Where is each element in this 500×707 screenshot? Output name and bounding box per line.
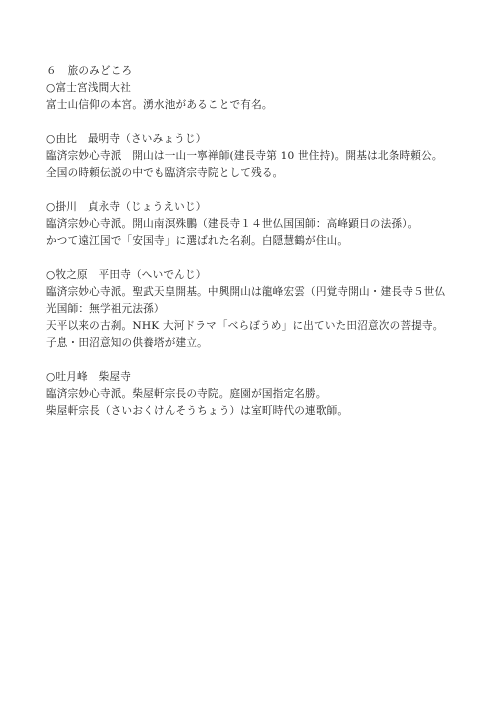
document-page: ６ 旅のみどころ ○富士宮浅間大社 富士山信仰の本宮。湧水池があることで有名。 …: [46, 63, 486, 420]
entry-text: 柴屋軒宗長（さいおくけんそうちょう）は室町時代の連歌師。: [46, 403, 486, 420]
entry-heading: ○牧之原 平田寺（へいでんじ）: [46, 267, 486, 284]
entry-text: 臨済宗妙心寺派。聖武天皇開基。中興開山は龍峰宏雲（円覚寺開山・建長寺５世仏: [46, 284, 486, 301]
entry-text: 光国師：無学祖元法孫）: [46, 301, 486, 318]
entry-fujinomiya-sengen-taisha: ○富士宮浅間大社 富士山信仰の本宮。湧水池があることで有名。: [46, 80, 486, 114]
entry-text: 全国の時頼伝説の中でも臨済宗寺院として残る。: [46, 165, 486, 182]
entry-kakegawa-joeiji: ○掛川 貞永寺（じょうえいじ） 臨済宗妙心寺派。開山南溟殊鵬（建長寺１４世仏国国…: [46, 199, 486, 250]
section-title: ６ 旅のみどころ: [46, 63, 486, 80]
entry-heading: ○吐月峰 柴屋寺: [46, 369, 486, 386]
entry-text: 臨済宗妙心寺派 開山は一山一寧禅師(建長寺第 10 世住持)。開基は北条時頼公。: [46, 148, 486, 165]
entry-text: 臨済宗妙心寺派。柴屋軒宗長の寺院。庭園が国指定名勝。: [46, 386, 486, 403]
entry-text: 富士山信仰の本宮。湧水池があることで有名。: [46, 97, 486, 114]
entry-togeppo-saiokuji: ○吐月峰 柴屋寺 臨済宗妙心寺派。柴屋軒宗長の寺院。庭園が国指定名勝。 柴屋軒宗…: [46, 369, 486, 420]
entry-heading: ○由比 最明寺（さいみょうじ）: [46, 131, 486, 148]
entry-yui-saimyoji: ○由比 最明寺（さいみょうじ） 臨済宗妙心寺派 開山は一山一寧禅師(建長寺第 1…: [46, 131, 486, 182]
entry-text: 子息・田沼意知の供養塔が建立。: [46, 335, 486, 352]
entry-heading: ○掛川 貞永寺（じょうえいじ）: [46, 199, 486, 216]
entry-text: 天平以来の古刹。NHK 大河ドラマ「べらぼうめ」に出ていた田沼意次の菩提寺。: [46, 318, 486, 335]
entry-text: 臨済宗妙心寺派。開山南溟殊鵬（建長寺１４世仏国国師：高峰顕日の法孫）。: [46, 216, 486, 233]
entry-makinohara-heidenji: ○牧之原 平田寺（へいでんじ） 臨済宗妙心寺派。聖武天皇開基。中興開山は龍峰宏雲…: [46, 267, 486, 352]
entry-text: かつて遠江国で「安国寺」に選ばれた名刹。白隠慧鶴が住山。: [46, 233, 486, 250]
entry-heading: ○富士宮浅間大社: [46, 80, 486, 97]
